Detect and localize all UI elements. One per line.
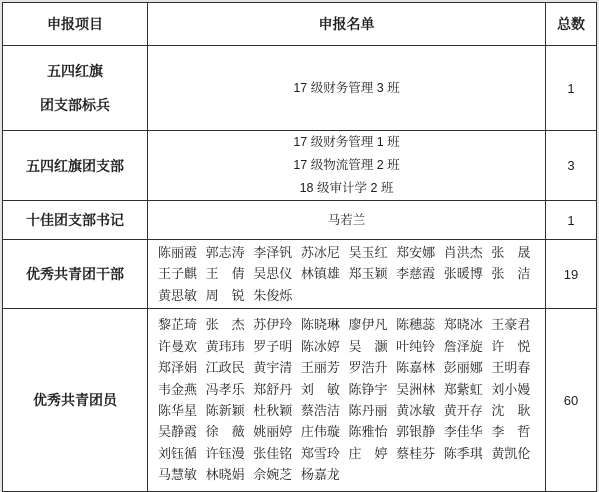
person-name: 蔡桂芬 — [396, 443, 444, 464]
list-line: 马若兰 — [148, 209, 545, 232]
names-line: 许曼欢黄玮玮罗子明陈冰婷吴 灏叶纯铃詹泽旋许 悦 — [148, 336, 545, 357]
table-row: 优秀共青团员黎芷琦张 杰苏伊玲陈晓琳廖伊凡陈穗蕊郑晓冰王豪君许曼欢黄玮玮罗子明陈… — [3, 308, 596, 488]
person-name: 郑晓冰 — [444, 314, 492, 335]
person-name: 廖伊凡 — [349, 314, 397, 335]
person-name: 罗子明 — [253, 336, 301, 357]
person-name: 李慈霞 — [396, 263, 444, 284]
person-name: 佘婉芝 — [253, 464, 301, 485]
person-name: 詹泽旋 — [444, 336, 492, 357]
names-line: 刘钰循许钰漫张佳铭郑雪玲庄 婷蔡桂芬陈季琪黄凯伦 — [148, 443, 545, 464]
person-name: 苏冰尼 — [301, 242, 349, 263]
person-name: 沈 耿 — [491, 400, 539, 421]
person-name: 姚丽婷 — [253, 421, 301, 442]
person-name: 杨嘉龙 — [301, 464, 349, 485]
person-name: 黄凯伦 — [491, 443, 539, 464]
person-name: 李泽钒 — [253, 242, 301, 263]
names-line: 吴静霞徐 薇姚丽婷庄伟璇陈雅怡郭银静李佳华李 哲 — [148, 421, 545, 442]
item-cell: 十佳团支部书记 — [3, 201, 148, 239]
item-cell: 优秀共青团员 — [3, 309, 148, 488]
person-name: 陈冰婷 — [301, 336, 349, 357]
person-name: 郑安娜 — [396, 242, 444, 263]
table-row: 优秀共青团干部陈丽霞郭志涛李泽钒苏冰尼吴玉红郑安娜肖洪杰张 晟王子麒王 倩吴思仪… — [3, 239, 596, 308]
person-name: 吴玉红 — [349, 242, 397, 263]
person-name: 陈铮宇 — [349, 379, 397, 400]
table-row: 五四红旗团支部17 级财务管理 1 班17 级物流管理 2 班18 级审计学 2… — [3, 130, 596, 200]
person-name: 江政民 — [206, 357, 254, 378]
person-name: 苏伊玲 — [253, 314, 301, 335]
list-cell: 陈丽霞郭志涛李泽钒苏冰尼吴玉红郑安娜肖洪杰张 晟王子麒王 倩吴思仪林镇雄郑玉颖李… — [148, 240, 546, 308]
person-name: 蔡浩洁 — [301, 400, 349, 421]
names-line: 陈丽霞郭志涛李泽钒苏冰尼吴玉红郑安娜肖洪杰张 晟 — [148, 242, 545, 263]
person-name: 吴静霞 — [158, 421, 206, 442]
names-line: 韦金燕冯孝乐郑舒丹刘 敏陈铮宇吴洲林郑紫虹刘小嫚 — [148, 379, 545, 400]
item-cell: 优秀共青团干部 — [3, 240, 148, 308]
total-cell: 60 — [546, 309, 596, 488]
application-table: 申报项目 申报名单 总数 五四红旗团支部标兵17 级财务管理 3 班1五四红旗团… — [2, 2, 597, 488]
person-name: 刘钰循 — [158, 443, 206, 464]
person-name: 吴 灏 — [349, 336, 397, 357]
person-name: 王豪君 — [491, 314, 539, 335]
person-name: 张暖博 — [444, 263, 492, 284]
person-name: 郑玉颖 — [349, 263, 397, 284]
person-name: 郑舒丹 — [253, 379, 301, 400]
person-name: 郑泽娟 — [158, 357, 206, 378]
person-name: 郑紫虹 — [444, 379, 492, 400]
person-name: 陈嘉林 — [396, 357, 444, 378]
item-label: 五四红旗 — [47, 61, 103, 81]
table-row: 十佳团支部书记马若兰1 — [3, 200, 596, 239]
person-name: 彭丽娜 — [444, 357, 492, 378]
person-name: 许曼欢 — [158, 336, 206, 357]
person-name: 杜秋颖 — [253, 400, 301, 421]
person-name: 吴洲林 — [396, 379, 444, 400]
names-line: 黎芷琦张 杰苏伊玲陈晓琳廖伊凡陈穗蕊郑晓冰王豪君 — [148, 314, 545, 335]
person-name: 林镇雄 — [301, 263, 349, 284]
person-name: 徐 薇 — [206, 421, 254, 442]
list-cell: 17 级财务管理 3 班 — [148, 46, 546, 130]
person-name: 黄开存 — [444, 400, 492, 421]
person-name: 郑雪玲 — [301, 443, 349, 464]
person-name: 黄冰敏 — [396, 400, 444, 421]
person-name: 马慧敏 — [158, 464, 206, 485]
table-row: 五四红旗团支部标兵17 级财务管理 3 班1 — [3, 45, 596, 130]
person-name: 张 晟 — [491, 242, 539, 263]
item-label: 优秀共青团干部 — [26, 264, 124, 284]
person-name: 庄 婷 — [349, 443, 397, 464]
item-cell: 五四红旗团支部标兵 — [3, 46, 148, 130]
person-name: 叶纯铃 — [396, 336, 444, 357]
list-line: 17 级财务管理 3 班 — [148, 77, 545, 100]
person-name: 冯孝乐 — [206, 379, 254, 400]
person-name: 罗浩升 — [349, 357, 397, 378]
list-cell: 马若兰 — [148, 201, 546, 239]
person-name: 韦金燕 — [158, 379, 206, 400]
person-name: 李佳华 — [444, 421, 492, 442]
header-cell-total: 总数 — [546, 3, 596, 45]
person-name: 陈丽霞 — [158, 242, 206, 263]
total-cell: 1 — [546, 201, 596, 239]
person-name: 李 哲 — [491, 421, 539, 442]
list-line: 17 级财务管理 1 班 — [148, 131, 545, 154]
list-line: 17 级物流管理 2 班 — [148, 154, 545, 177]
person-name: 黎芷琦 — [158, 314, 206, 335]
names-line: 王子麒王 倩吴思仪林镇雄郑玉颖李慈霞张暖博张 洁 — [148, 263, 545, 284]
person-name: 朱俊烁 — [253, 285, 301, 306]
person-name: 陈华星 — [158, 400, 206, 421]
names-line: 陈华星陈新颖杜秋颖蔡浩洁陈丹丽黄冰敏黄开存沈 耿 — [148, 400, 545, 421]
person-name: 庄伟璇 — [301, 421, 349, 442]
item-label: 团支部标兵 — [40, 95, 110, 115]
person-name: 郭志涛 — [206, 242, 254, 263]
person-name: 郭银静 — [396, 421, 444, 442]
person-name: 陈晓琳 — [301, 314, 349, 335]
item-label: 十佳团支部书记 — [26, 210, 124, 230]
names-line: 马慧敏林晓娟佘婉芝杨嘉龙 — [148, 464, 545, 485]
person-name: 陈丹丽 — [349, 400, 397, 421]
total-cell: 19 — [546, 240, 596, 308]
person-name: 陈雅怡 — [349, 421, 397, 442]
person-name: 刘 敏 — [301, 379, 349, 400]
person-name: 王 倩 — [206, 263, 254, 284]
person-name: 王明春 — [491, 357, 539, 378]
person-name: 黄玮玮 — [206, 336, 254, 357]
total-cell: 3 — [546, 131, 596, 200]
header-cell-item: 申报项目 — [3, 3, 148, 45]
list-line: 18 级审计学 2 班 — [148, 177, 545, 200]
header-cell-list: 申报名单 — [148, 3, 546, 45]
table-body: 五四红旗团支部标兵17 级财务管理 3 班1五四红旗团支部17 级财务管理 1 … — [3, 45, 596, 488]
person-name: 张佳铭 — [253, 443, 301, 464]
list-cell: 黎芷琦张 杰苏伊玲陈晓琳廖伊凡陈穗蕊郑晓冰王豪君许曼欢黄玮玮罗子明陈冰婷吴 灏叶… — [148, 309, 546, 488]
total-cell: 1 — [546, 46, 596, 130]
person-name: 刘小嫚 — [491, 379, 539, 400]
person-name: 周 锐 — [206, 285, 254, 306]
person-name: 肖洪杰 — [444, 242, 492, 263]
person-name: 吴思仪 — [253, 263, 301, 284]
person-name: 许钰漫 — [206, 443, 254, 464]
person-name: 黄宇清 — [253, 357, 301, 378]
item-cell: 五四红旗团支部 — [3, 131, 148, 200]
person-name: 黄思敏 — [158, 285, 206, 306]
item-label: 五四红旗团支部 — [26, 156, 124, 176]
person-name: 许 悦 — [491, 336, 539, 357]
person-name: 张 洁 — [491, 263, 539, 284]
item-label: 优秀共青团员 — [33, 390, 117, 410]
person-name: 林晓娟 — [206, 464, 254, 485]
person-name: 王丽芳 — [301, 357, 349, 378]
names-line: 黄思敏周 锐朱俊烁 — [148, 285, 545, 306]
person-name: 张 杰 — [206, 314, 254, 335]
person-name: 陈穗蕊 — [396, 314, 444, 335]
person-name: 陈季琪 — [444, 443, 492, 464]
person-name: 王子麒 — [158, 263, 206, 284]
table-header-row: 申报项目 申报名单 总数 — [3, 3, 596, 45]
names-line: 郑泽娟江政民黄宇清王丽芳罗浩升陈嘉林彭丽娜王明春 — [148, 357, 545, 378]
person-name: 陈新颖 — [206, 400, 254, 421]
list-cell: 17 级财务管理 1 班17 级物流管理 2 班18 级审计学 2 班 — [148, 131, 546, 200]
